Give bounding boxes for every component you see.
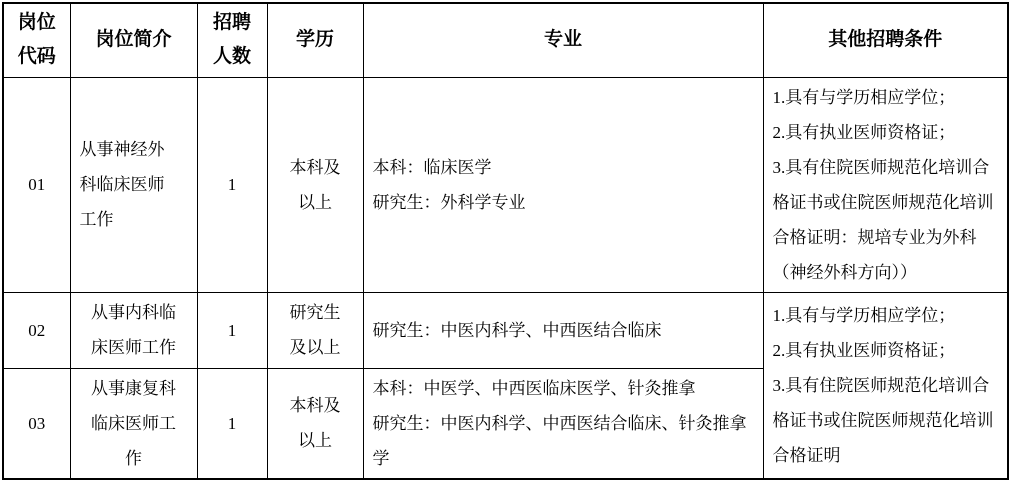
condition-item: 1.具有与学历相应学位； [773,298,999,333]
condition-item: 2.具有执业医师资格证； [773,333,999,368]
education-line: 本科及 [277,150,354,185]
col-header-post-code: 岗位 代码 [3,3,70,77]
intro-line: 从事内科临 [80,295,188,330]
header-line: 人数 [202,40,263,74]
cell-post-code-01: 01 [3,77,70,292]
header-line: 专业 [368,23,759,57]
intro-line: 科临床医师 [80,167,188,202]
cell-headcount-03: 1 [197,368,267,479]
cell-major-02: 研究生：中医内科学、中西医结合临床 [363,292,763,368]
major-item: 研究生：外科学专业 [373,185,754,220]
education-line: 以上 [277,423,354,458]
intro-line: 从事神经外 [80,132,188,167]
condition-item: 2.具有执业医师资格证； [773,115,999,150]
cell-post-code-02: 02 [3,292,70,368]
condition-item: 1.具有与学历相应学位； [773,80,999,115]
major-item: 研究生：中医内科学、中西医结合临床、针灸推拿学 [373,406,754,476]
page: 岗位 代码 岗位简介 招聘 人数 学历 专业 其他招聘条件 [0,0,1013,483]
header-line: 招聘 [202,6,263,40]
cell-post-intro-02: 从事内科临 床医师工作 [70,292,197,368]
col-header-post-intro: 岗位简介 [70,3,197,77]
intro-line: 从事康复科 [80,371,188,406]
cell-headcount-01: 1 [197,77,267,292]
cell-post-intro-03: 从事康复科 临床医师工 作 [70,368,197,479]
major-item: 研究生：中医内科学、中西医结合临床 [373,313,754,348]
table-row-01: 01 从事神经外 科临床医师 工作 1 本科及 以上 本科：临床医学 研究生：外… [3,77,1008,292]
header-line: 岗位 [8,6,66,40]
col-header-education: 学历 [267,3,363,77]
cell-major-01: 本科：临床医学 研究生：外科学专业 [363,77,763,292]
cell-education-03: 本科及 以上 [267,368,363,479]
condition-item: 3.具有住院医师规范化培训合格证书或住院医师规范化培训合格证明：规培专业为外科（… [773,150,999,290]
education-line: 以上 [277,185,354,220]
cell-post-code-03: 03 [3,368,70,479]
cell-education-01: 本科及 以上 [267,77,363,292]
cell-conditions-01: 1.具有与学历相应学位； 2.具有执业医师资格证； 3.具有住院医师规范化培训合… [763,77,1008,292]
col-header-headcount: 招聘 人数 [197,3,267,77]
major-item: 本科：临床医学 [373,150,754,185]
cell-major-03: 本科：中医学、中西医临床医学、针灸推拿 研究生：中医内科学、中西医结合临床、针灸… [363,368,763,479]
header-row: 岗位 代码 岗位简介 招聘 人数 学历 专业 其他招聘条件 [3,3,1008,77]
intro-line: 床医师工作 [80,330,188,365]
education-line: 研究生 [277,295,354,330]
col-header-major: 专业 [363,3,763,77]
intro-line: 工作 [80,202,188,237]
cell-conditions-02-03: 1.具有与学历相应学位； 2.具有执业医师资格证； 3.具有住院医师规范化培训合… [763,292,1008,479]
intro-line: 临床医师工 [80,406,188,441]
major-item: 本科：中医学、中西医临床医学、针灸推拿 [373,371,754,406]
header-line: 岗位简介 [75,23,193,57]
cell-post-intro-01: 从事神经外 科临床医师 工作 [70,77,197,292]
condition-item: 3.具有住院医师规范化培训合格证书或住院医师规范化培训合格证明 [773,368,999,473]
education-line: 及以上 [277,330,354,365]
col-header-other-conditions: 其他招聘条件 [763,3,1008,77]
header-line: 代码 [8,40,66,74]
header-line: 学历 [272,23,359,57]
cell-education-02: 研究生 及以上 [267,292,363,368]
recruitment-table: 岗位 代码 岗位简介 招聘 人数 学历 专业 其他招聘条件 [2,2,1009,480]
education-line: 本科及 [277,388,354,423]
cell-headcount-02: 1 [197,292,267,368]
header-line: 其他招聘条件 [768,23,1004,57]
table-row-02: 02 从事内科临 床医师工作 1 研究生 及以上 研究生：中医内科学、中西医结合… [3,292,1008,368]
intro-line: 作 [80,441,188,476]
